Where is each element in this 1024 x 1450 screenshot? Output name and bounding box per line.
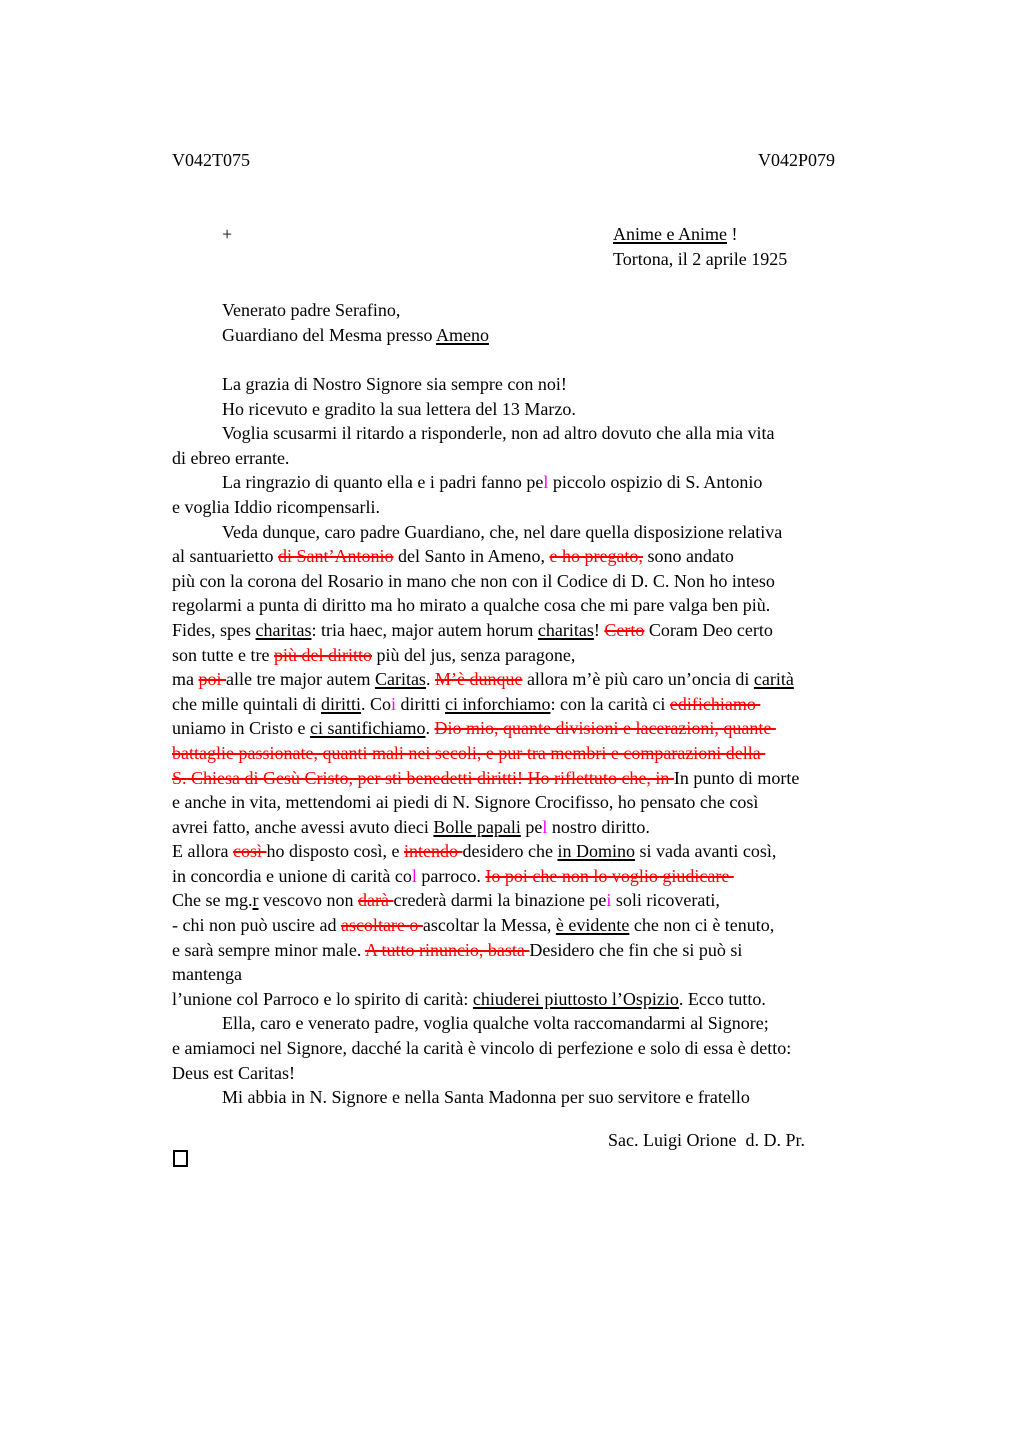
letter-line: Ella, caro e venerato padre, voglia qual…: [172, 1011, 799, 1036]
deleted-text: darà: [358, 890, 393, 910]
archive-code-right: V042P079: [758, 148, 835, 173]
letter-line: Mi abbia in N. Signore e nella Santa Mad…: [172, 1085, 799, 1110]
text-run: mantenga: [172, 964, 242, 984]
text-run: l’unione col Parroco e lo spirito di car…: [172, 989, 473, 1009]
letter-line: - chi non può uscire ad ascoltare o asco…: [172, 913, 799, 938]
letter-page: { "colors": { "paper": "#ffffff", "ink":…: [0, 0, 1024, 1450]
deleted-text: Io poi che non lo voglio giudicare: [485, 866, 733, 886]
deleted-text: Certo: [604, 620, 644, 640]
text-run: che mille quintali di: [172, 694, 321, 714]
underlined-text: è evidente: [556, 915, 629, 935]
deleted-text: così: [233, 841, 267, 861]
text-run: parroco.: [417, 866, 485, 886]
dateline: Tortona, il 2 aprile 1925: [613, 247, 787, 272]
underlined-text: ci inforchiamo: [445, 694, 550, 714]
letter-line: Che se mg.r vescovo non darà crederà dar…: [172, 888, 799, 913]
text-run: e amiamoci nel Signore, dacché la carità…: [172, 1038, 791, 1058]
letter-title: Anime e Anime !: [613, 222, 787, 247]
text-run: Desidero che fin che si può si: [529, 940, 742, 960]
text-run: La ringrazio di quanto ella e i padri fa…: [222, 472, 543, 492]
letter-line: S. Chiesa di Gesù Cristo, per sti benede…: [172, 766, 799, 791]
text-run: vescovo non: [259, 890, 358, 910]
text-run: si vada avanti così,: [635, 841, 776, 861]
letter-line: e amiamoci nel Signore, dacché la carità…: [172, 1036, 799, 1061]
underlined-text: carità: [754, 669, 794, 689]
text-run: più con la corona del Rosario in mano ch…: [172, 571, 775, 591]
text-run: ho disposto così, e: [266, 841, 404, 861]
underlined-text: chiuderei piuttosto l’Ospizio: [473, 989, 679, 1009]
text-run: Ho ricevuto e gradito la sua lettera del…: [222, 399, 576, 419]
letter-line: avrei fatto, anche avessi avuto dieci Bo…: [172, 815, 799, 840]
text-run: Deus est Caritas!: [172, 1063, 295, 1083]
text-run: soli ricoverati,: [611, 890, 719, 910]
text-run: al santuarietto: [172, 546, 278, 566]
letter-line: che mille quintali di diritti. Coi dirit…: [172, 692, 799, 717]
text-run: avrei fatto, anche avessi avuto dieci: [172, 817, 433, 837]
letter-body: La grazia di Nostro Signore sia sempre c…: [172, 372, 799, 1110]
text-run: nostro diritto.: [547, 817, 650, 837]
letter-line: più con la corona del Rosario in mano ch…: [172, 569, 799, 594]
address-block: Venerato padre Serafino,Guardiano del Me…: [222, 298, 489, 347]
letter-line: e anche in vita, mettendomi ai piedi di …: [172, 790, 799, 815]
deleted-text: battaglie passionate, quanti mali nei se…: [172, 743, 765, 763]
deleted-text: e ho pregato,: [549, 546, 642, 566]
text-run: uniamo in Cristo e: [172, 718, 310, 738]
letter-line: in concordia e unione di carità col parr…: [172, 864, 799, 889]
text-run: di ebreo errante.: [172, 448, 289, 468]
text-run: e voglia Iddio ricompensarli.: [172, 497, 380, 517]
letter-line: battaglie passionate, quanti mali nei se…: [172, 741, 799, 766]
text-run: Mi abbia in N. Signore e nella Santa Mad…: [222, 1087, 750, 1107]
letter-line: Venerato padre Serafino,: [222, 298, 489, 323]
letter-line: La ringrazio di quanto ella e i padri fa…: [172, 470, 799, 495]
deleted-text: edifichiamo: [670, 694, 760, 714]
text-run: in concordia e unione di carità co: [172, 866, 412, 886]
letter-line: regolarmi a punta di diritto ma ho mirat…: [172, 593, 799, 618]
text-run: ma: [172, 669, 199, 689]
archive-code-left: V042T075: [172, 150, 250, 170]
text-run: alle tre major autem: [226, 669, 375, 689]
text-run: Guardiano del Mesma presso: [222, 325, 436, 345]
cross-mark: +: [222, 222, 232, 247]
letter-heading: Anime e Anime ! Tortona, il 2 aprile 192…: [613, 222, 787, 271]
letter-line: uniamo in Cristo e ci santifichiamo. Dio…: [172, 716, 799, 741]
underlined-text: Ameno: [436, 325, 489, 345]
deleted-text: intendo: [404, 841, 463, 861]
letter-line: e sarà sempre minor male. A tutto rinunc…: [172, 938, 799, 963]
text-run: In punto di morte: [674, 768, 799, 788]
deleted-text: più del diritto: [274, 645, 372, 665]
text-run: Fides, spes: [172, 620, 256, 640]
text-run: piccolo ospizio di S. Antonio: [548, 472, 762, 492]
text-run: Voglia scusarmi il ritardo a risponderle…: [222, 423, 775, 443]
underlined-text: Caritas: [375, 669, 426, 689]
text-run: son tutte e tre: [172, 645, 274, 665]
underlined-text: charitas: [538, 620, 594, 640]
text-run: La grazia di Nostro Signore sia sempre c…: [222, 374, 567, 394]
text-run: e sarà sempre minor male.: [172, 940, 365, 960]
text-run: allora m’è più caro un’oncia di: [522, 669, 753, 689]
text-run: Coram Deo certo: [644, 620, 772, 640]
text-run: desidero che: [462, 841, 557, 861]
text-run: del Santo in Ameno,: [393, 546, 549, 566]
letter-line: son tutte e tre più del diritto più del …: [172, 643, 799, 668]
letter-line: Voglia scusarmi il ritardo a risponderle…: [172, 421, 799, 446]
text-run: : con la carità ci: [550, 694, 669, 714]
text-run: regolarmi a punta di diritto ma ho mirat…: [172, 595, 770, 615]
text-run: pe: [521, 817, 543, 837]
underlined-text: Anime e Anime: [613, 224, 727, 244]
deleted-text: di Sant’Antonio: [278, 546, 394, 566]
deleted-text: ascoltare o: [341, 915, 423, 935]
deleted-text: A tutto rinuncio, basta: [365, 940, 529, 960]
letter-line: La grazia di Nostro Signore sia sempre c…: [172, 372, 799, 397]
text-run: Che se mg.: [172, 890, 253, 910]
text-run: che non ci è tenuto,: [629, 915, 774, 935]
deleted-text: S. Chiesa di Gesù Cristo, per sti benede…: [172, 768, 674, 788]
archive-code-row: V042T075 V042P079: [172, 148, 892, 173]
letter-line: l’unione col Parroco e lo spirito di car…: [172, 987, 799, 1012]
end-of-letter-square-icon: [173, 1150, 188, 1167]
text-run: !: [727, 224, 738, 244]
deleted-text: Dio mio, quante divisioni e lacerazioni,…: [434, 718, 775, 738]
letter-line: Guardiano del Mesma presso Ameno: [222, 323, 489, 348]
text-run: - chi non può uscire ad: [172, 915, 341, 935]
letter-line: Veda dunque, caro padre Guardiano, che, …: [172, 520, 799, 545]
letter-line: Ho ricevuto e gradito la sua lettera del…: [172, 397, 799, 422]
text-run: e anche in vita, mettendomi ai piedi di …: [172, 792, 758, 812]
underlined-text: ci santifichiamo: [310, 718, 425, 738]
letter-line: di ebreo errante.: [172, 446, 799, 471]
text-run: sono andato: [643, 546, 734, 566]
text-run: E allora: [172, 841, 233, 861]
text-run: Ella, caro e venerato padre, voglia qual…: [222, 1013, 769, 1033]
underlined-text: charitas: [256, 620, 312, 640]
text-run: crederà darmi la binazione pe: [393, 890, 606, 910]
letter-line: Deus est Caritas!: [172, 1061, 799, 1086]
underlined-text: diritti: [321, 694, 361, 714]
deleted-text: poi: [199, 669, 227, 689]
text-run: .: [426, 669, 435, 689]
letter-line: mantenga: [172, 962, 799, 987]
text-run: . Ecco tutto.: [679, 989, 766, 1009]
text-run: Veda dunque, caro padre Guardiano, che, …: [222, 522, 782, 542]
letter-line: E allora così ho disposto così, e intend…: [172, 839, 799, 864]
letter-line: al santuarietto di Sant’Antonio del Sant…: [172, 544, 799, 569]
letter-line: e voglia Iddio ricompensarli.: [172, 495, 799, 520]
deleted-text: M’è dunque: [435, 669, 522, 689]
text-run: ascoltar la Messa,: [423, 915, 556, 935]
underlined-text: in Domino: [557, 841, 635, 861]
text-run: !: [594, 620, 605, 640]
text-run: diritti: [396, 694, 445, 714]
signature: Sac. Luigi Orione d. D. Pr.: [608, 1128, 805, 1153]
text-run: Venerato padre Serafino,: [222, 300, 400, 320]
letter-line: Fides, spes charitas: tria haec, major a…: [172, 618, 799, 643]
text-run: . Co: [361, 694, 391, 714]
letter-line: ma poi alle tre major autem Caritas. M’è…: [172, 667, 799, 692]
underlined-text: Bolle papali: [433, 817, 520, 837]
text-run: : tria haec, major autem horum: [311, 620, 537, 640]
text-run: più del jus, senza paragone,: [372, 645, 575, 665]
